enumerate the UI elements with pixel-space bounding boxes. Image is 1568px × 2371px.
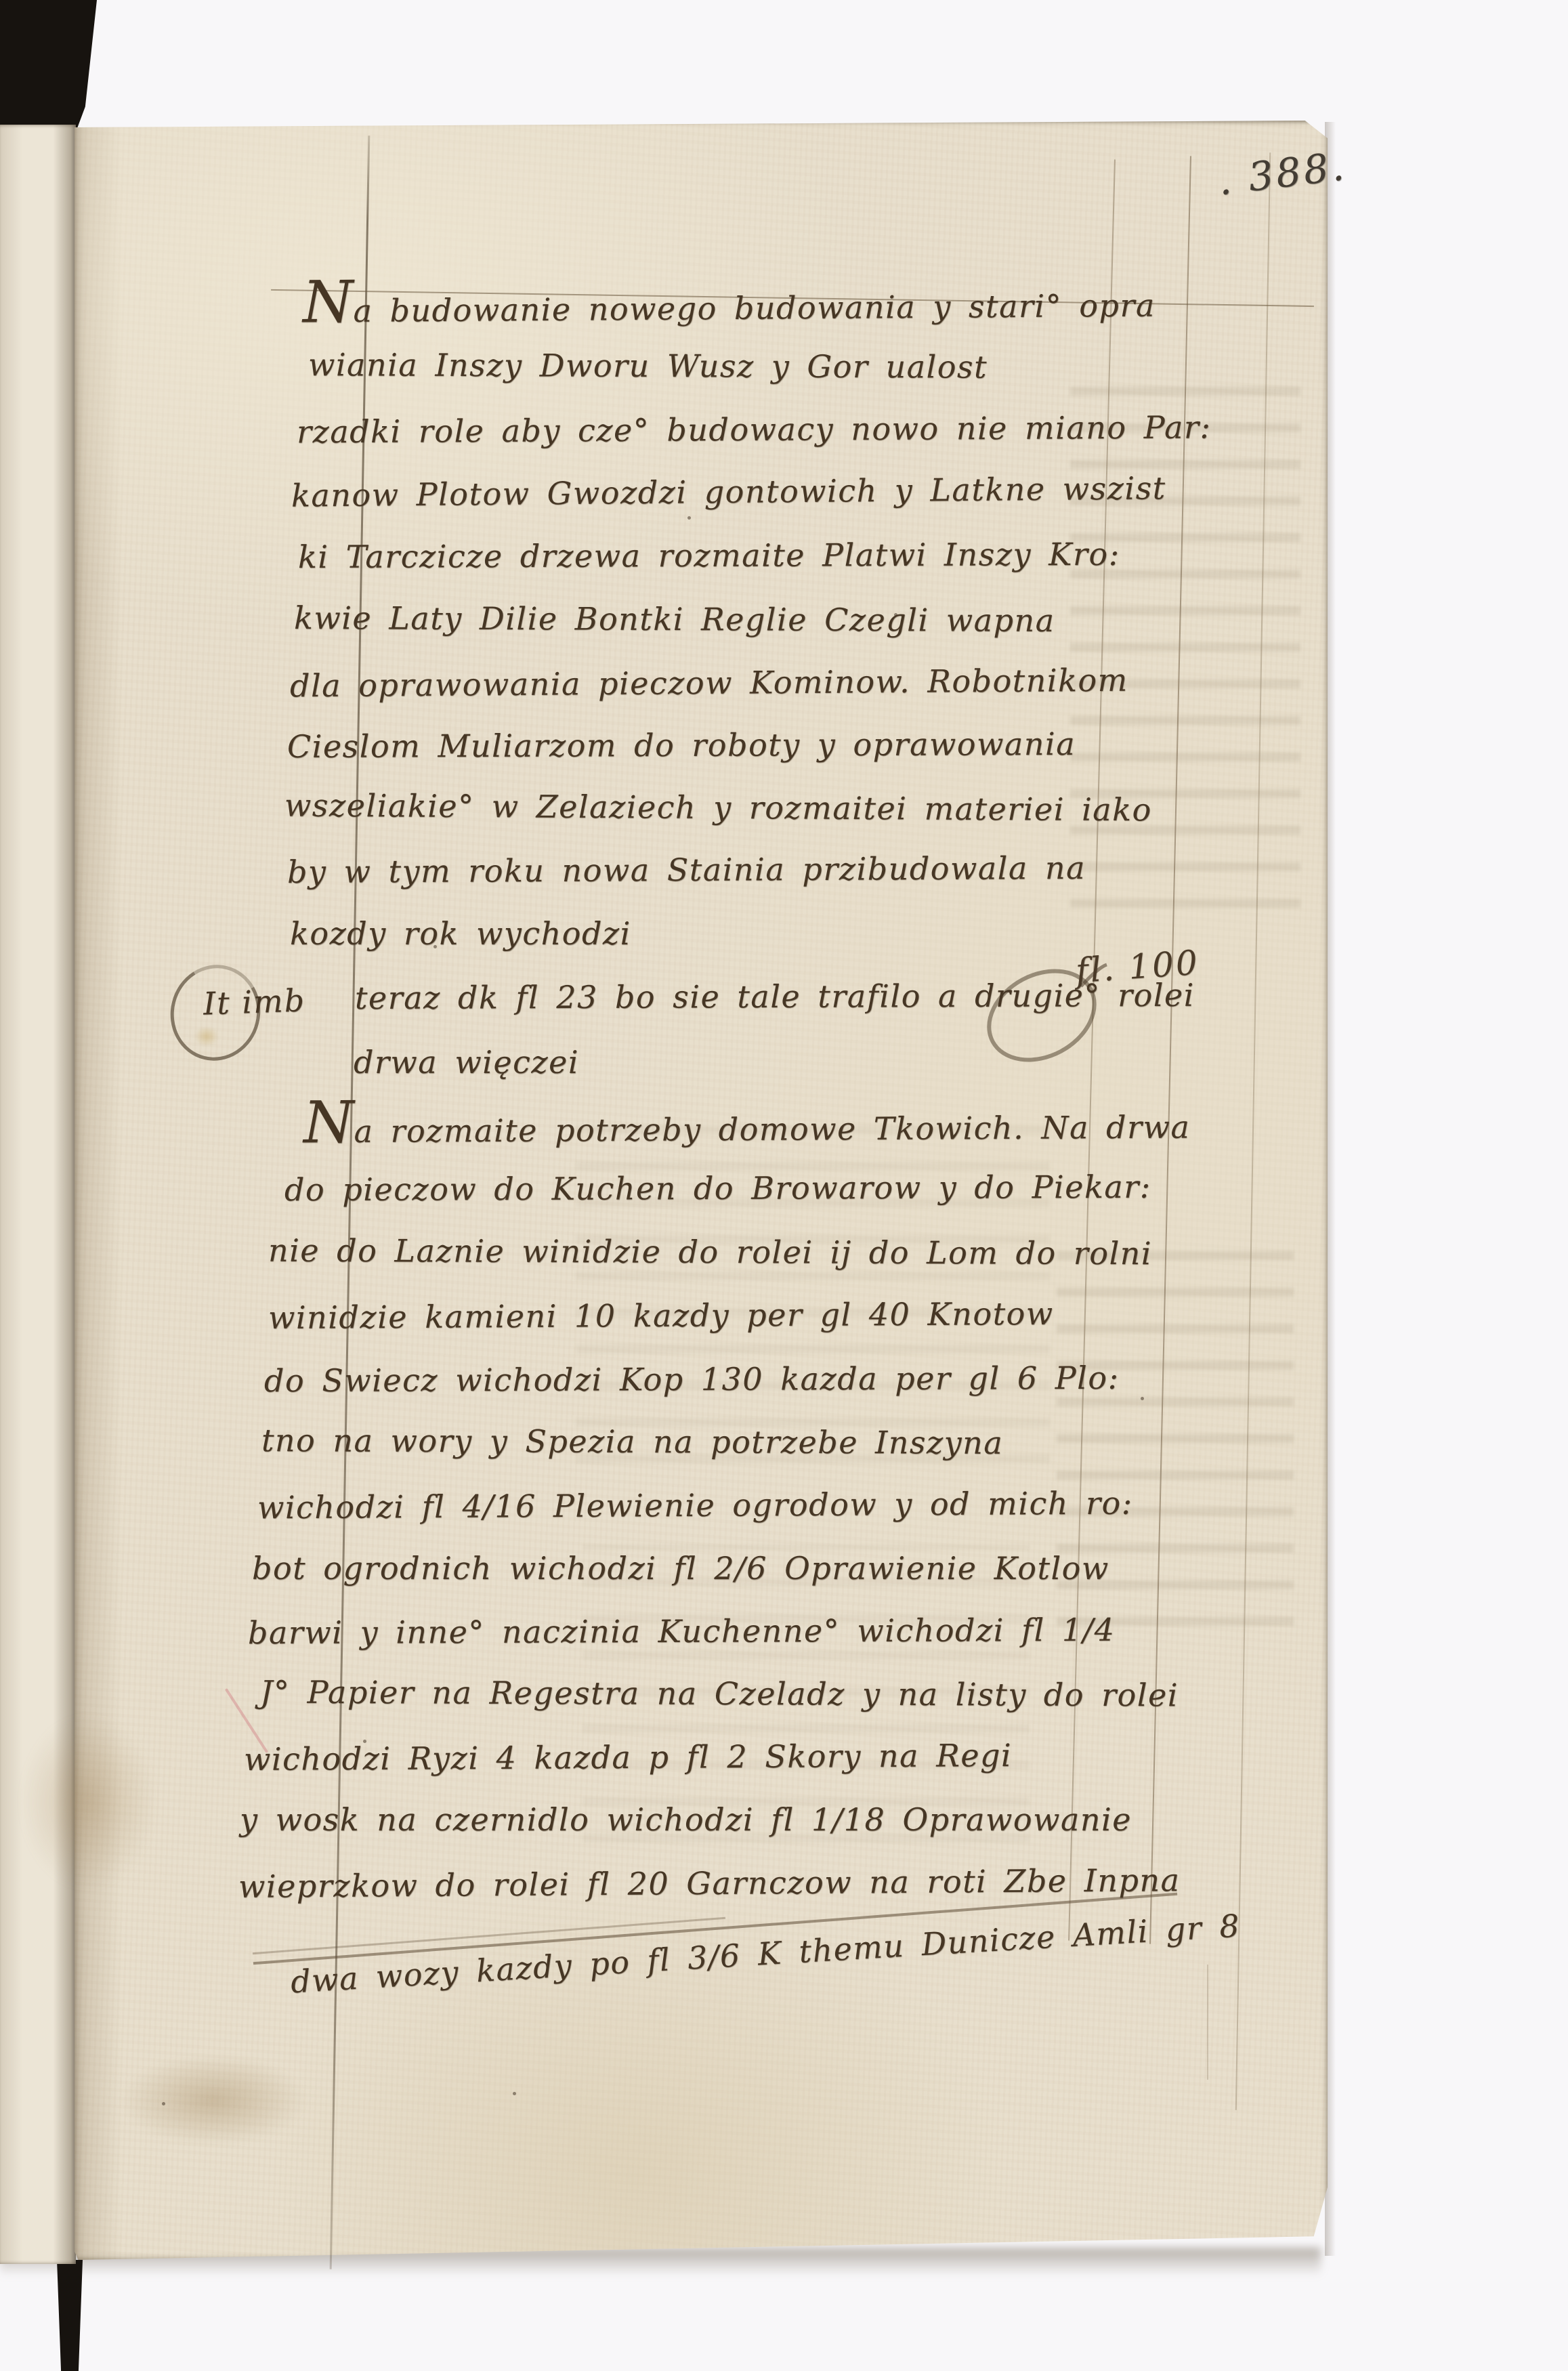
- manuscript-line: tno na wory y Spezia na potrzebe Inszyna: [261, 1421, 1003, 1463]
- manuscript-scan: . 388. fl. 100 It imb Na budowanie noweg…: [0, 0, 1568, 2371]
- margin-note: It imb: [203, 982, 306, 1022]
- manuscript-line: kwie Laty Dilie Bontki Reglie Czegli wap…: [294, 599, 1055, 640]
- manuscript-line: do Swiecz wichodzi Kop 130 kazda per gl …: [264, 1359, 1120, 1401]
- manuscript-line: Na rozmaite potrzeby domowe Tkowich. Na …: [303, 1104, 1191, 1152]
- manuscript-line: rzadki role aby cze° budowacy nowo nie m…: [297, 408, 1212, 452]
- binding-strap-bottom-left: [57, 2260, 83, 2371]
- manuscript-line: wiania Inszy Dworu Wusz y Gor ualost: [308, 345, 988, 387]
- ink-bleed-through: [576, 1111, 1050, 1463]
- manuscript-line: teraz dk fl 23 bo sie tale trafilo a dru…: [355, 976, 1195, 1018]
- underlying-page-edge: [0, 125, 76, 2264]
- manuscript-line: drwa więczei: [354, 1043, 579, 1083]
- stain: [122, 2056, 305, 2144]
- manuscript-line: bot ogrodnich wichodzi fl 2/6 Oprawienie…: [252, 1549, 1109, 1589]
- manuscript-line: barwi y inne° naczinia Kuchenne° wichodz…: [248, 1611, 1116, 1653]
- manuscript-line: wieprzkow do rolei fl 20 Garnczow na rot…: [238, 1861, 1181, 1906]
- ink-speck: [513, 2092, 516, 2095]
- manuscript-line: kanow Plotow Gwozdzi gontowich y Latkne …: [291, 469, 1166, 516]
- manuscript-line: y wosk na czernidlo wichodzi fl 1/18 Opr…: [240, 1801, 1132, 1840]
- manuscript-line: wszeliakie° w Zelaziech y rozmaitei mate…: [284, 786, 1152, 830]
- amount-column-line-4: [1207, 1965, 1208, 2080]
- manuscript-line: nie do Laznie winidzie do rolei ij do Lo…: [268, 1232, 1152, 1274]
- manuscript-line: ki Tarczicze drzewa rozmaite Platwi Insz…: [298, 535, 1120, 577]
- manuscript-line: kozdy rok wychodzi: [290, 915, 631, 954]
- ink-speck: [1141, 1397, 1144, 1400]
- manuscript-line: dla oprawowania pieczow Kominow. Robotni…: [290, 661, 1128, 706]
- stain: [20, 1714, 156, 1890]
- manuscript-line: do pieczow do Kuchen do Browarow y do Pi…: [284, 1168, 1151, 1210]
- manuscript-line: wichodzi Ryzi 4 kazda p fl 2 Skory na Re…: [244, 1736, 1012, 1779]
- binding-corner-top-left: [0, 0, 97, 130]
- ink-speck: [687, 516, 691, 520]
- manuscript-line: Na budowanie nowego budowania y stari° o…: [303, 282, 1156, 331]
- manuscript-line: winidzie kamieni 10 kazdy per gl 40 Knot…: [268, 1295, 1054, 1338]
- manuscript-line: Cieslom Muliarzom do roboty y oprawowani…: [287, 725, 1076, 767]
- manuscript-line: by w tym roku nowa Stainia przibudowala …: [287, 849, 1086, 892]
- manuscript-line: J° Papier na Regestra na Czeladz y na li…: [260, 1673, 1179, 1715]
- ink-speck: [162, 2102, 165, 2105]
- manuscript-line: wichodzi fl 4/16 Plewienie ogrodow y od …: [257, 1484, 1133, 1528]
